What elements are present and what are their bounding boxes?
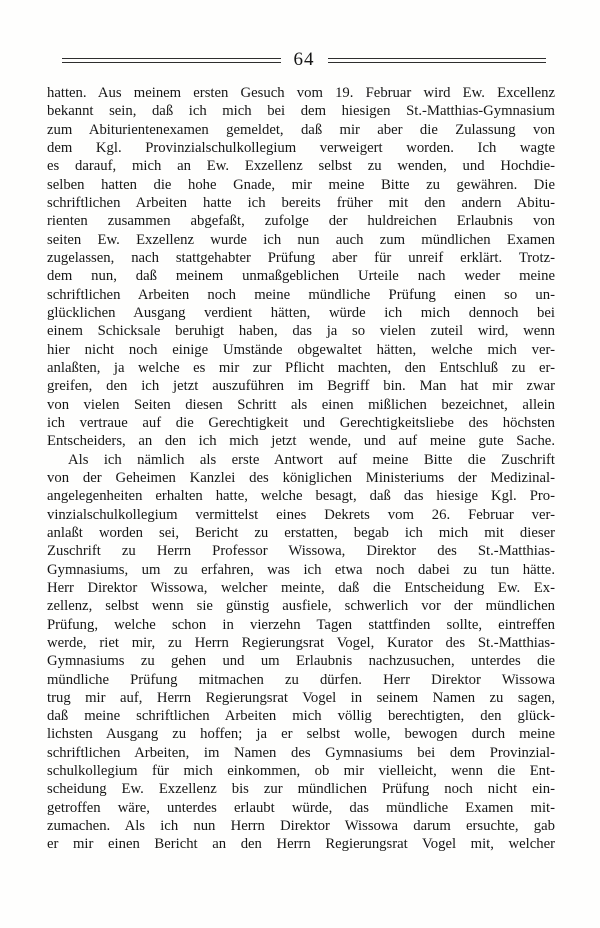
scanned-book-page: 64 hatten. Aus meinem ersten Gesuch vom … — [0, 0, 600, 928]
text-line: trug mir auf, Herrn Regierungsrat Vogel … — [47, 689, 555, 707]
page-header: 64 — [62, 48, 546, 70]
text-line: anlaßt worden sei, Bericht zu erstatten,… — [47, 524, 555, 542]
text-line: mündliche Prüfung mitmachen zu dürfen. H… — [47, 671, 555, 689]
text-line: dem Kgl. Provinzialschulkollegium verwei… — [47, 139, 555, 157]
text-line: Als ich nämlich als erste Antwort auf me… — [47, 451, 555, 469]
text-line: vinzialschulkollegium vermittelst eines … — [47, 506, 555, 524]
text-line: es darauf, mich an Ew. Exzellenz selbst … — [47, 157, 555, 175]
text-line: dem nun, daß meinem unmaßgeblichen Urtei… — [47, 267, 555, 285]
text-line: selben hatten die hohe Gnade, mir meine … — [47, 176, 555, 194]
text-line: angelegenheiten erhalten hatte, welche b… — [47, 487, 555, 505]
text-line: zellenz, selbst wenn sie günstig ausfiel… — [47, 597, 555, 615]
header-rule-left — [62, 58, 281, 63]
text-line: Gymnasiums zu gehen und um Erlaubnis nac… — [47, 652, 555, 670]
text-line: anlaßten, ja welche es mir zur Pflicht m… — [47, 359, 555, 377]
text-line: schriftlichen Arbeiten hatte ich bereits… — [47, 194, 555, 212]
text-line: schulkollegium für mich einkommen, ob mi… — [47, 762, 555, 780]
text-line: von der Geheimen Kanzlei des königlichen… — [47, 469, 555, 487]
text-line: seiten Ew. Exzellenz wurde ich nun auch … — [47, 231, 555, 249]
text-line: zumachen. Als ich nun Herrn Direktor Wis… — [47, 817, 555, 835]
text-line: glücklichen Ausgang verdient hätten, wür… — [47, 304, 555, 322]
text-line: Entscheiders, an den ich mich jetzt wend… — [47, 432, 555, 450]
text-line: Herr Direktor Wissowa, welcher meinte, d… — [47, 579, 555, 597]
text-line: hatten. Aus meinem ersten Gesuch vom 19.… — [47, 84, 555, 102]
text-line: schriftlichen Arbeiten noch meine mündli… — [47, 286, 555, 304]
text-line: Gymnasiums, um zu erfahren, was ich etwa… — [47, 561, 555, 579]
text-line: einem Schicksale beruhigt haben, das ja … — [47, 322, 555, 340]
page-number: 64 — [294, 50, 315, 70]
text-line: rienten zusammen abgefaßt, zufolge der h… — [47, 212, 555, 230]
text-line: ich vertraue auf die Gerechtigkeit und G… — [47, 414, 555, 432]
text-line: lichsten Ausgang zu hoffen; ja er selbst… — [47, 725, 555, 743]
text-line: greifen, den ich jetzt auszuführen im Be… — [47, 377, 555, 395]
text-line: scheidung Ew. Exzellenz bis zur mündlich… — [47, 780, 555, 798]
text-line: Prüfung, welche schon in vierzehn Tagen … — [47, 616, 555, 634]
text-line: zum Abiturientenexamen gemeldet, daß mir… — [47, 121, 555, 139]
text-line: getroffen wäre, unterdes erlaubt würde, … — [47, 799, 555, 817]
text-line: schriftlichen Arbeiten, im Namen des Gym… — [47, 744, 555, 762]
text-line: Zuschrift zu Herrn Professor Wissowa, Di… — [47, 542, 555, 560]
text-line: hier nicht noch einige Umstände obgewalt… — [47, 341, 555, 359]
text-line: bekannt sein, daß ich mich bei dem hiesi… — [47, 102, 555, 120]
text-line: zugelassen, nach stattgehabter Prüfung a… — [47, 249, 555, 267]
text-line: werde, riet mir, zu Herrn Regierungsrat … — [47, 634, 555, 652]
text-line: daß meine schriftlichen Arbeiten mich vö… — [47, 707, 555, 725]
text-line: von vielen Seiten diesen Schritt als ein… — [47, 396, 555, 414]
paragraph: Als ich nämlich als erste Antwort auf me… — [47, 451, 555, 854]
text-line: er mir einen Bericht an den Herrn Regier… — [47, 835, 555, 853]
page-body: hatten. Aus meinem ersten Gesuch vom 19.… — [47, 84, 555, 854]
header-rule-right — [328, 58, 547, 63]
paragraph: hatten. Aus meinem ersten Gesuch vom 19.… — [47, 84, 555, 451]
